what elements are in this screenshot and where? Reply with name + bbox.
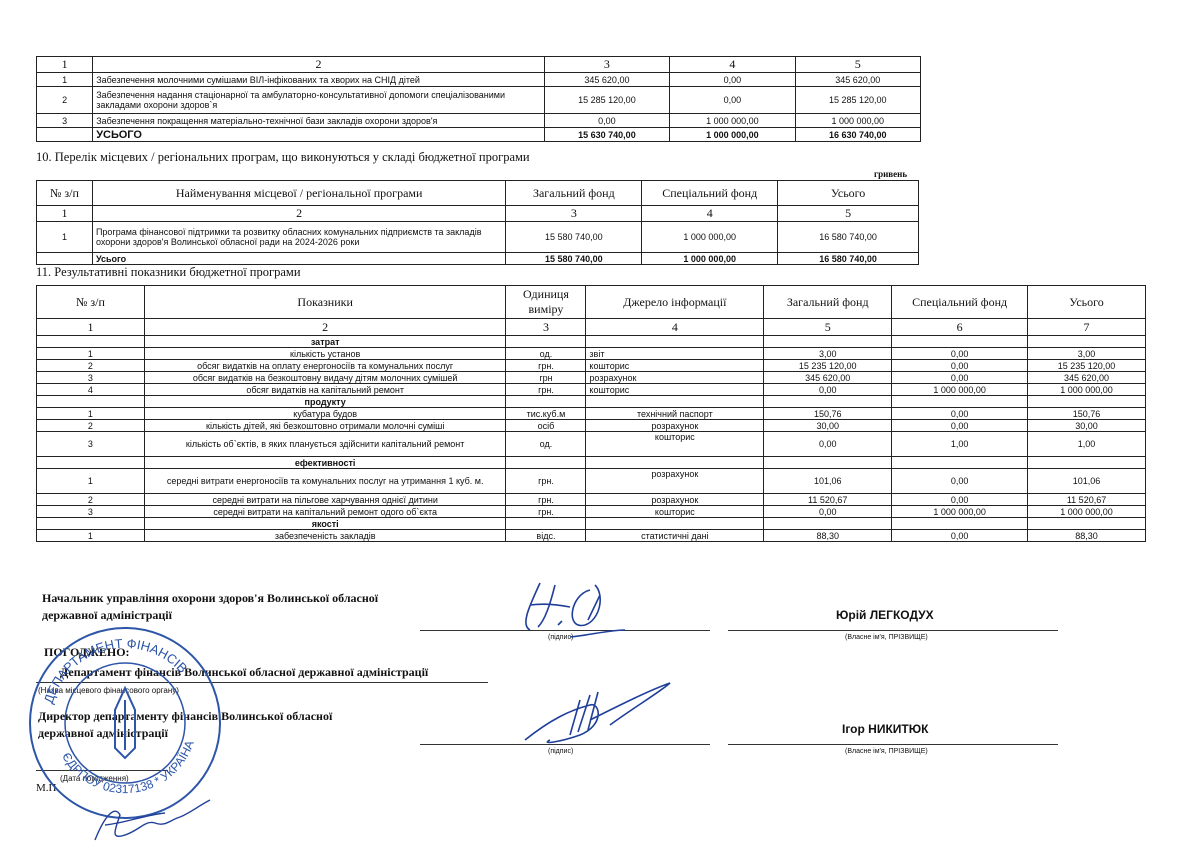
table-row: 1Програма фінансової підтримки та розвит…: [37, 222, 919, 253]
group-header-row: якості: [37, 518, 1146, 530]
head-name-line: [728, 630, 1058, 631]
trident-emblem-icon: [115, 688, 135, 758]
group-header-row: продукту: [37, 396, 1146, 408]
stamp-top-text: ДЕПАРТАМЕНТ ФІНАНСІВ: [41, 636, 191, 705]
table-row: 1Забезпечення молочними сумішами ВІЛ-інф…: [37, 73, 921, 87]
head-name: Юрій ЛЕГКОДУХ: [836, 608, 934, 622]
director-name-caption: (Власне ім'я, ПРІЗВИЩЕ): [845, 748, 928, 755]
total-row: УСЬОГО15 630 740,001 000 000,0016 630 74…: [37, 128, 921, 142]
section-10-heading: 10. Перелік місцевих / регіональних прог…: [36, 150, 530, 165]
stamp-signature-scribble: [85, 795, 215, 845]
column-number-row: 12345: [37, 206, 919, 222]
director-signature-scribble: [520, 680, 680, 750]
indicator-row: 2середні витрати на пільгове харчування …: [37, 494, 1146, 506]
indicator-row: 4обсяг видатків на капітальний ремонтгрн…: [37, 384, 1146, 396]
table-row: 2Забезпечення надання стаціонарної та ам…: [37, 87, 921, 114]
svg-text:ДЕПАРТАМЕНТ ФІНАНСІВ: ДЕПАРТАМЕНТ ФІНАНСІВ: [41, 636, 191, 705]
group-header-row: ефективності: [37, 457, 1146, 469]
indicator-row: 1забезпеченість закладіввідс.статистичні…: [37, 530, 1146, 542]
indicator-row: 2обсяг видатків на оплату енергоносіїв т…: [37, 360, 1146, 372]
indicator-row: 2кількість дітей, які безкоштовно отрима…: [37, 420, 1146, 432]
regional-programs-table: № з/пНайменування місцевої / регіонально…: [36, 180, 919, 265]
table-row: 3Забезпечення покращення матеріально-тех…: [37, 114, 921, 128]
total-row: Усього15 580 740,001 000 000,0016 580 74…: [37, 253, 919, 265]
head-signature-scribble: [510, 575, 650, 645]
head-name-caption: (Власне ім'я, ПРІЗВИЩЕ): [845, 634, 928, 641]
performance-indicators-table: № з/пПоказникиОдиниця виміруДжерело інфо…: [36, 285, 1146, 542]
indicator-row: 1середні витрати енергоносіїв та комунал…: [37, 469, 1146, 494]
expenditure-directions-table: 123451Забезпечення молочними сумішами ВІ…: [36, 56, 921, 142]
header-row: № з/пПоказникиОдиниця виміруДжерело інфо…: [37, 286, 1146, 319]
section-11-heading: 11. Результативні показники бюджетної пр…: [36, 265, 301, 280]
column-number-row: 12345: [37, 57, 921, 73]
svg-text:ЄДРПОУ 02317138 * УКРАЇНА: ЄДРПОУ 02317138 * УКРАЇНА: [59, 739, 196, 797]
indicator-row: 1кількість установод.звіт3,000,003,00: [37, 348, 1146, 360]
indicator-row: 1кубатура будовтис.куб.мтехнічний паспор…: [37, 408, 1146, 420]
indicator-row: 3кількість об`єктів, в яких планується з…: [37, 432, 1146, 457]
currency-unit-label: гривень: [874, 169, 907, 179]
indicator-row: 3середні витрати на капітальний ремонт о…: [37, 506, 1146, 518]
director-name: Ігор НИКИТЮК: [842, 722, 928, 736]
indicator-row: 3обсяг видатків на безкоштовну видачу ді…: [37, 372, 1146, 384]
director-name-line: [728, 744, 1058, 745]
group-header-row: затрат: [37, 336, 1146, 348]
column-number-row: 1234567: [37, 319, 1146, 336]
header-row: № з/пНайменування місцевої / регіонально…: [37, 181, 919, 206]
stamp-bottom-text: ЄДРПОУ 02317138 * УКРАЇНА: [59, 739, 196, 797]
